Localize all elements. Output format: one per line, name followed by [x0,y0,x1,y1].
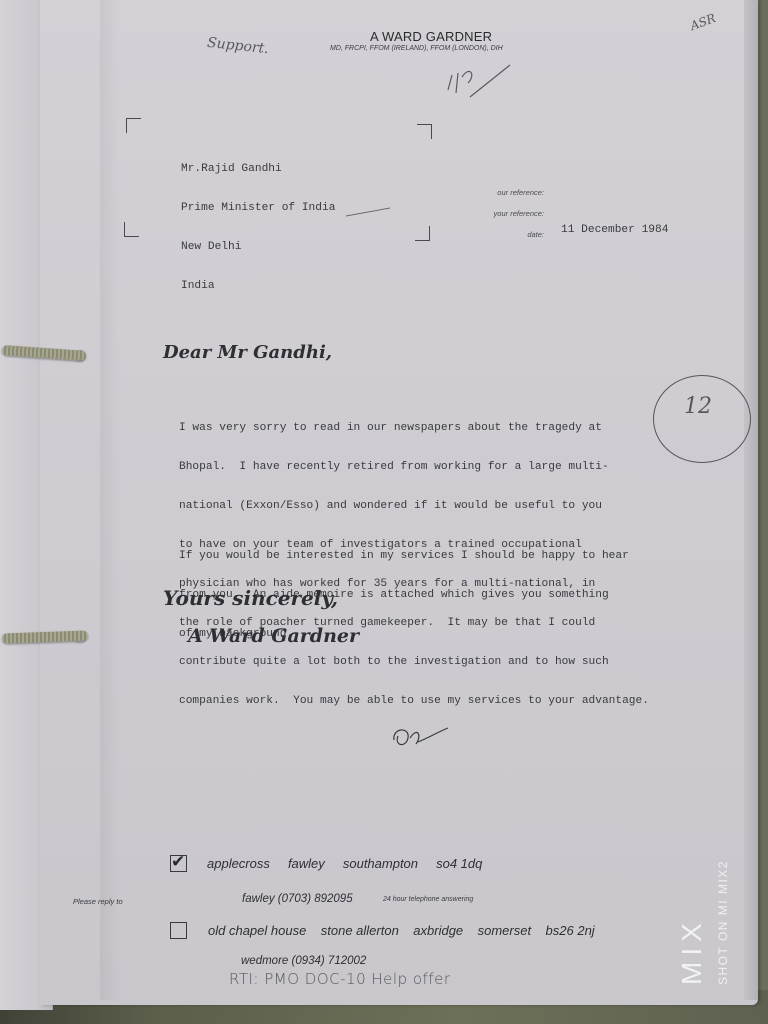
pen-stroke [344,206,394,218]
circled-page-number: 12 [653,375,751,463]
address2-part: somerset [478,923,531,938]
address2-part: stone allerton [321,923,399,938]
body-line: Bhopal. I have recently retired from wor… [179,461,649,474]
body-line: I was very sorry to read in our newspape… [179,422,649,435]
date-label: date: [464,230,544,239]
recipient-line: New Delhi [181,241,335,254]
address1-line: applecross fawley southampton so4 1dq [207,856,482,871]
signature: A Ward Gardner [188,625,359,647]
address-window-corner [126,118,141,133]
address2-checkbox[interactable] [170,922,187,939]
recipient-line: Mr.Rajid Gandhi [181,163,335,176]
body-line: contribute quite a lot both to the inves… [179,656,649,669]
body-line: national (Exxon/Esso) and wondered if it… [179,500,649,513]
address-window-corner [415,226,430,241]
address1-checkbox[interactable]: ✔ [170,855,187,872]
address1-phone-note: 24 hour telephone answering [383,896,473,903]
initial-scribble-icon [440,45,520,105]
address-window-corner [417,124,432,139]
camera-watermark-caption: SHOT ON MI MIX2 [716,860,730,985]
salutation: Dear Mr Gandhi, [163,342,332,363]
address-window-corner [124,222,139,237]
address2-line: old chapel house stone allerton axbridge… [208,923,595,938]
address1-part: so4 1dq [436,856,482,871]
letterhead-name: A WARD GARDNER [370,29,492,44]
address2-phone: wedmore (0934) 712002 [241,955,366,967]
paper-fold-shadow [100,0,120,1000]
valediction: Yours sincerely, [163,586,338,610]
body-line: If you would be interested in my service… [179,550,629,563]
address2-part: bs26 2nj [546,923,595,938]
address1-part: fawley [288,856,325,871]
your-reference-label: your reference: [464,209,544,218]
body-line: companies work. You may be able to use m… [179,695,649,708]
address2-part: axbridge [413,923,463,938]
checkmark-icon: ✔ [171,852,185,872]
date-value: 11 December 1984 [561,224,668,237]
address2-part: old chapel house [208,923,306,938]
address1-phone: fawley (0703) 892095 [242,893,353,905]
please-reply-to-label: Please reply to [73,897,123,906]
recipient-address: Mr.Rajid Gandhi Prime Minister of India … [181,137,335,306]
camera-watermark-brand: MIX [676,925,716,985]
initials-scribble-icon [388,718,458,753]
letterhead-qualifications: MD, FRCPI, FFOM (IRELAND), FFOM (LONDON)… [330,45,503,52]
address1-part: applecross [207,856,270,871]
recipient-line: India [181,280,335,293]
page-number: 12 [684,394,712,419]
our-reference-label: our reference: [464,188,544,197]
address1-part: southampton [343,856,418,871]
paper-stack-edge [744,0,758,1000]
handwritten-rti-note: RTI: PMO DOC-10 Help offer [229,970,451,988]
recipient-line: Prime Minister of India [181,202,335,215]
